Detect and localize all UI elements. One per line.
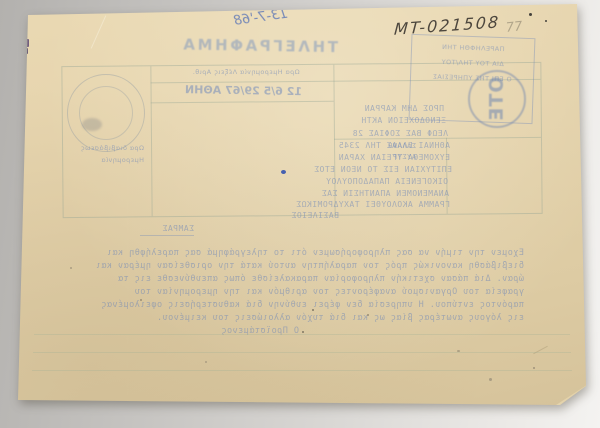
bleed-header-labels: Ωρα Ημερομηνία Λέξεις Αριθ. (162, 68, 330, 76)
postmark-inner-ring (79, 86, 133, 140)
paper-crease (91, 15, 107, 48)
stamp-box-line: ΠΑΡΕΛΗΦΘΗ ΤΗΝ (420, 42, 526, 54)
bleed-ote-logo: ΟΤΕ (468, 70, 526, 128)
paper-speck (205, 361, 207, 363)
bleed-typed-line: ΠΡΟΣ ΔΗΜ ΚΑΡΡΑΝ (332, 104, 444, 113)
paper-speck (489, 378, 492, 381)
edge-stamp-fragment (23, 39, 29, 47)
ink-speck (281, 170, 286, 174)
bleed-body-line: ώραν. Διά πάσαν σχετικήν πληροφορίαν παρ… (76, 274, 524, 284)
bleed-left-column-text: Ημερομηνία (66, 156, 144, 164)
bleed-values-row: 12 6/5 29/67 ΑΘΗΝ (166, 83, 302, 98)
paper-speck (140, 299, 142, 301)
bleed-ruled-line (34, 334, 570, 335)
bleed-typed-line: ΛΕΩΦ ΒΑΣ ΣΟΦΙΑΣ 28 (300, 129, 448, 138)
bleed-typed-line: ΒΑΣΙΛΕΙΟΣ (255, 211, 375, 220)
paper-speck (533, 367, 535, 369)
pencil-stray-mark: 77 (505, 19, 523, 36)
paper-speck (529, 13, 532, 16)
paper-speck (367, 314, 369, 316)
bleed-body-line: γραφεία του Οργανισμού αναφέροντες τον α… (76, 287, 524, 297)
bleed-body-line: διεβιβάσθη κανονικώς πρός τον παραλήπτην… (76, 261, 524, 271)
paper-speck (545, 20, 547, 22)
bleed-typed-line: ΕΥΧΟΜΕΘΑ ΥΓΕΙΑΝ ΧΑΡΑΝ (232, 153, 450, 162)
bleed-typed-line: ΓΡΑΜΜΑ ΑΚΟΛΟΥΘΕΙ ΤΑΧΥΔΡΟΜΙΚΩΣ (200, 200, 450, 209)
form-grid-line (150, 66, 152, 216)
bleed-body-line: εις λόγους ανωτέρας βίας ως και διά τυχό… (76, 313, 524, 323)
bleed-typed-line: ΑΝΑΜΕΝΟΜΕΝ ΑΠΑΝΤΗΣΙΝ ΣΑΣ (235, 189, 449, 198)
bleed-typed-line: ΕΠΙΤΥΧΙΑΝ ΕΙΣ ΤΟ ΝΕΟΝ ΕΤΟΣ (228, 165, 452, 174)
form-grid-line (151, 101, 334, 104)
edge-stamp-fragment (23, 48, 28, 54)
paper-shadow-wrap: 13-7-'68 MT-021508 77 ΤΗΛΕΓΡΑΦΗΜΑ ΠΑΡΕ (0, 0, 600, 428)
bleed-ink-date-note: 13-7-'68 (195, 7, 288, 35)
ote-logo-text: ΟΤΕ (486, 76, 508, 121)
scan-photo-background: 13-7-'68 MT-021508 77 ΤΗΛΕΓΡΑΦΗΜΑ ΠΑΡΕ (0, 0, 600, 428)
corner-fold (550, 381, 588, 407)
stamp-box-line: ΔΙΑ ΤΟΥ ΤΗΛ/ΤΟΥ (419, 57, 525, 69)
bleed-left-column-text: Ωρα διαβιβάσεως (66, 144, 144, 152)
postmark-blot (82, 118, 102, 131)
paper-speck (312, 309, 314, 311)
bleed-body-line: παρόντος εντύπου. Η υπηρεσία δεν φέρει ε… (76, 300, 524, 310)
paper-speck (302, 331, 304, 333)
bleed-body-line: Εχομεν την τιμήν να σας πληροφορήσωμεν ό… (76, 248, 524, 258)
paper-speck (70, 267, 72, 269)
telegram-back-paper: 13-7-'68 MT-021508 77 ΤΗΛΕΓΡΑΦΗΜΑ ΠΑΡΕ (0, 0, 600, 428)
bleed-typed-line: ΑΘΗΝΑΙ ΕΛΛΑΣ ΤΗΛ 2345 (235, 141, 450, 150)
bleed-ruled-line (32, 370, 572, 371)
bleed-salutation: ΣΑΜΡΑΣ (140, 224, 194, 236)
paper-speck (457, 350, 460, 352)
bleed-typed-line: ΟΙΚΟΓΕΝΕΙΑ ΠΑΠΑΔΟΠΟΥΛΟΥ (238, 177, 448, 186)
bleed-ruled-line (33, 352, 571, 353)
bleed-typed-line: ΞΕΝΟΔΟΧΕΙΟΝ ΑΚΤΗ (330, 116, 446, 125)
bleed-form-title: ΤΗΛΕΓΡΑΦΗΜΑ (202, 36, 338, 56)
